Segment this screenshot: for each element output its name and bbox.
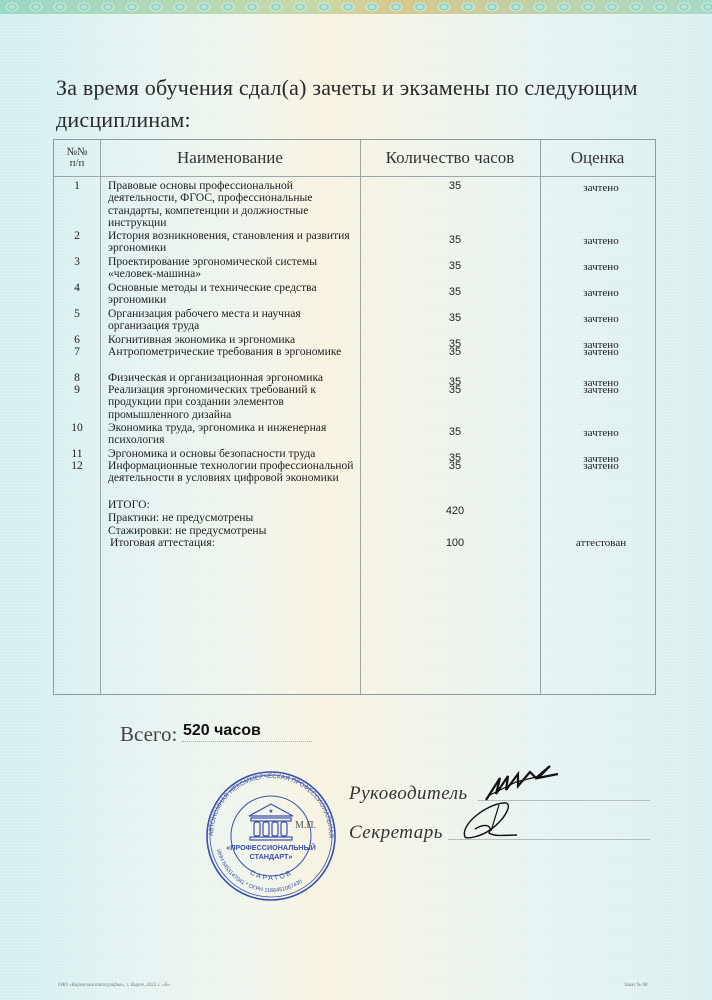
discipline-hours: 35 (440, 384, 470, 396)
column-divider (100, 140, 101, 694)
discipline-grade: зачтено (561, 346, 641, 358)
row-number: 3 (54, 256, 100, 268)
discipline-grade: зачтено (561, 427, 641, 439)
discipline-hours: 35 (440, 346, 470, 358)
row-number: 7 (54, 346, 100, 358)
discipline-name: Основные методы и технические средства э… (108, 282, 358, 307)
stamp-center-line2: СТАНДАРТ» (250, 852, 293, 861)
discipline-grade: зачтено (561, 261, 641, 273)
order-number: Заказ № 08 (624, 983, 648, 988)
discipline-grade: зачтено (561, 313, 641, 325)
discipline-hours: 35 (440, 286, 470, 298)
discipline-hours: 35 (440, 234, 470, 246)
discipline-name: Реализация эргономических требований к п… (108, 384, 358, 421)
head-signature-label: Руководитель (349, 783, 468, 805)
discipline-hours: 35 (440, 180, 470, 192)
header-name: Наименование (100, 140, 360, 176)
final-attestation-hours: 100 (440, 537, 470, 549)
discipline-name: Антропометрические требования в эргономи… (108, 346, 358, 358)
itogo-hours: 420 (440, 505, 470, 517)
discipline-grade: зачтено (561, 182, 641, 194)
header-number: №№ п/п (54, 140, 100, 176)
row-number: 4 (54, 282, 100, 294)
stamp-center-line1: «ПРОФЕССИОНАЛЬНЫЙ (226, 843, 316, 852)
discipline-name: Правовые основы профессиональной деятель… (108, 180, 358, 229)
stamp-city: САРАТОВ (249, 869, 295, 882)
discipline-name: История возникновения, становления и раз… (108, 230, 358, 255)
secretary-signature (455, 795, 535, 845)
row-number: 1 (54, 180, 100, 192)
row-number: 2 (54, 230, 100, 242)
decorative-top-border (0, 0, 712, 14)
organization-stamp: АВТОНОМНАЯ НЕКОММЕРЧЕСКАЯ ПРОФЕССИОНАЛЬН… (205, 770, 337, 902)
header-hours: Количество часов (360, 140, 540, 176)
svg-text:★: ★ (268, 808, 273, 815)
header-grade: Оценка (540, 140, 655, 176)
total-label: Всего: (120, 722, 177, 747)
svg-text:САРАТОВ: САРАТОВ (249, 869, 295, 882)
discipline-grade: зачтено (561, 235, 641, 247)
final-attestation-grade: аттестован (561, 537, 641, 549)
row-number: 12 (54, 460, 100, 472)
discipline-hours: 35 (440, 260, 470, 272)
discipline-grade: зачтено (561, 384, 641, 396)
printer-imprint: ОАО «Кировская типография», г. Киров, 20… (58, 983, 170, 988)
discipline-hours: 35 (440, 460, 470, 472)
discipline-name: Экономика труда, эргономика и инженерная… (108, 422, 358, 447)
total-underline (182, 741, 312, 742)
discipline-hours: 35 (440, 426, 470, 438)
row-number: 5 (54, 308, 100, 320)
final-attestation-label: Итоговая аттестация: (110, 537, 360, 549)
discipline-grade: зачтено (561, 460, 641, 472)
discipline-name: Информационные технологии профессиональн… (108, 460, 358, 485)
discipline-grade: зачтено (561, 287, 641, 299)
discipline-name: Организация рабочего места и научная орг… (108, 308, 358, 333)
secretary-signature-label: Секретарь (349, 822, 443, 844)
column-divider (360, 140, 361, 694)
row-number: 10 (54, 422, 100, 434)
disciplines-table: №№ п/п Наименование Количество часов Оце… (53, 139, 656, 695)
practice-note: Практики: не предусмотрены (108, 512, 358, 524)
discipline-hours: 35 (440, 312, 470, 324)
total-value: 520 часов (183, 722, 261, 740)
itogo-label: ИТОГО: (108, 499, 358, 511)
stamp-mp-text: М.П. (295, 820, 316, 831)
page-title: За время обучения сдал(а) зачеты и экзам… (56, 72, 666, 136)
header-divider (54, 176, 655, 177)
column-divider (540, 140, 541, 694)
discipline-name: Проектирование эргономической системы «ч… (108, 256, 358, 281)
row-number: 9 (54, 384, 100, 396)
